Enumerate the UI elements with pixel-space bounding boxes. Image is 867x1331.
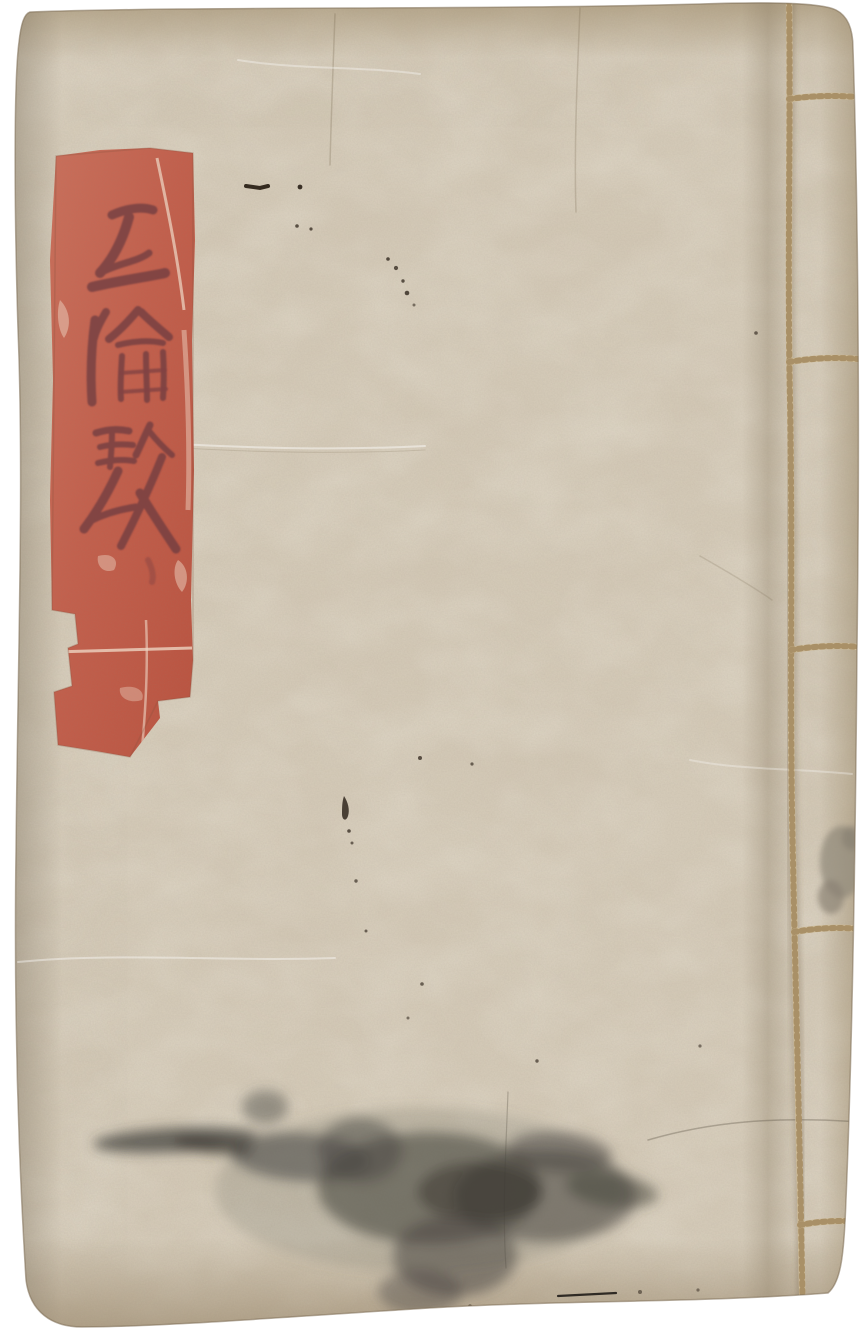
binding-stitch — [800, 1221, 862, 1225]
binding-stitch — [794, 928, 861, 932]
binding-stitch — [789, 358, 858, 362]
photo-background: 五倫歌 — [0, 0, 867, 1331]
book-cover-photo — [0, 0, 867, 1331]
binding-stitch — [791, 646, 859, 650]
book-shape — [0, 0, 867, 1331]
binding-stitch — [789, 96, 856, 99]
